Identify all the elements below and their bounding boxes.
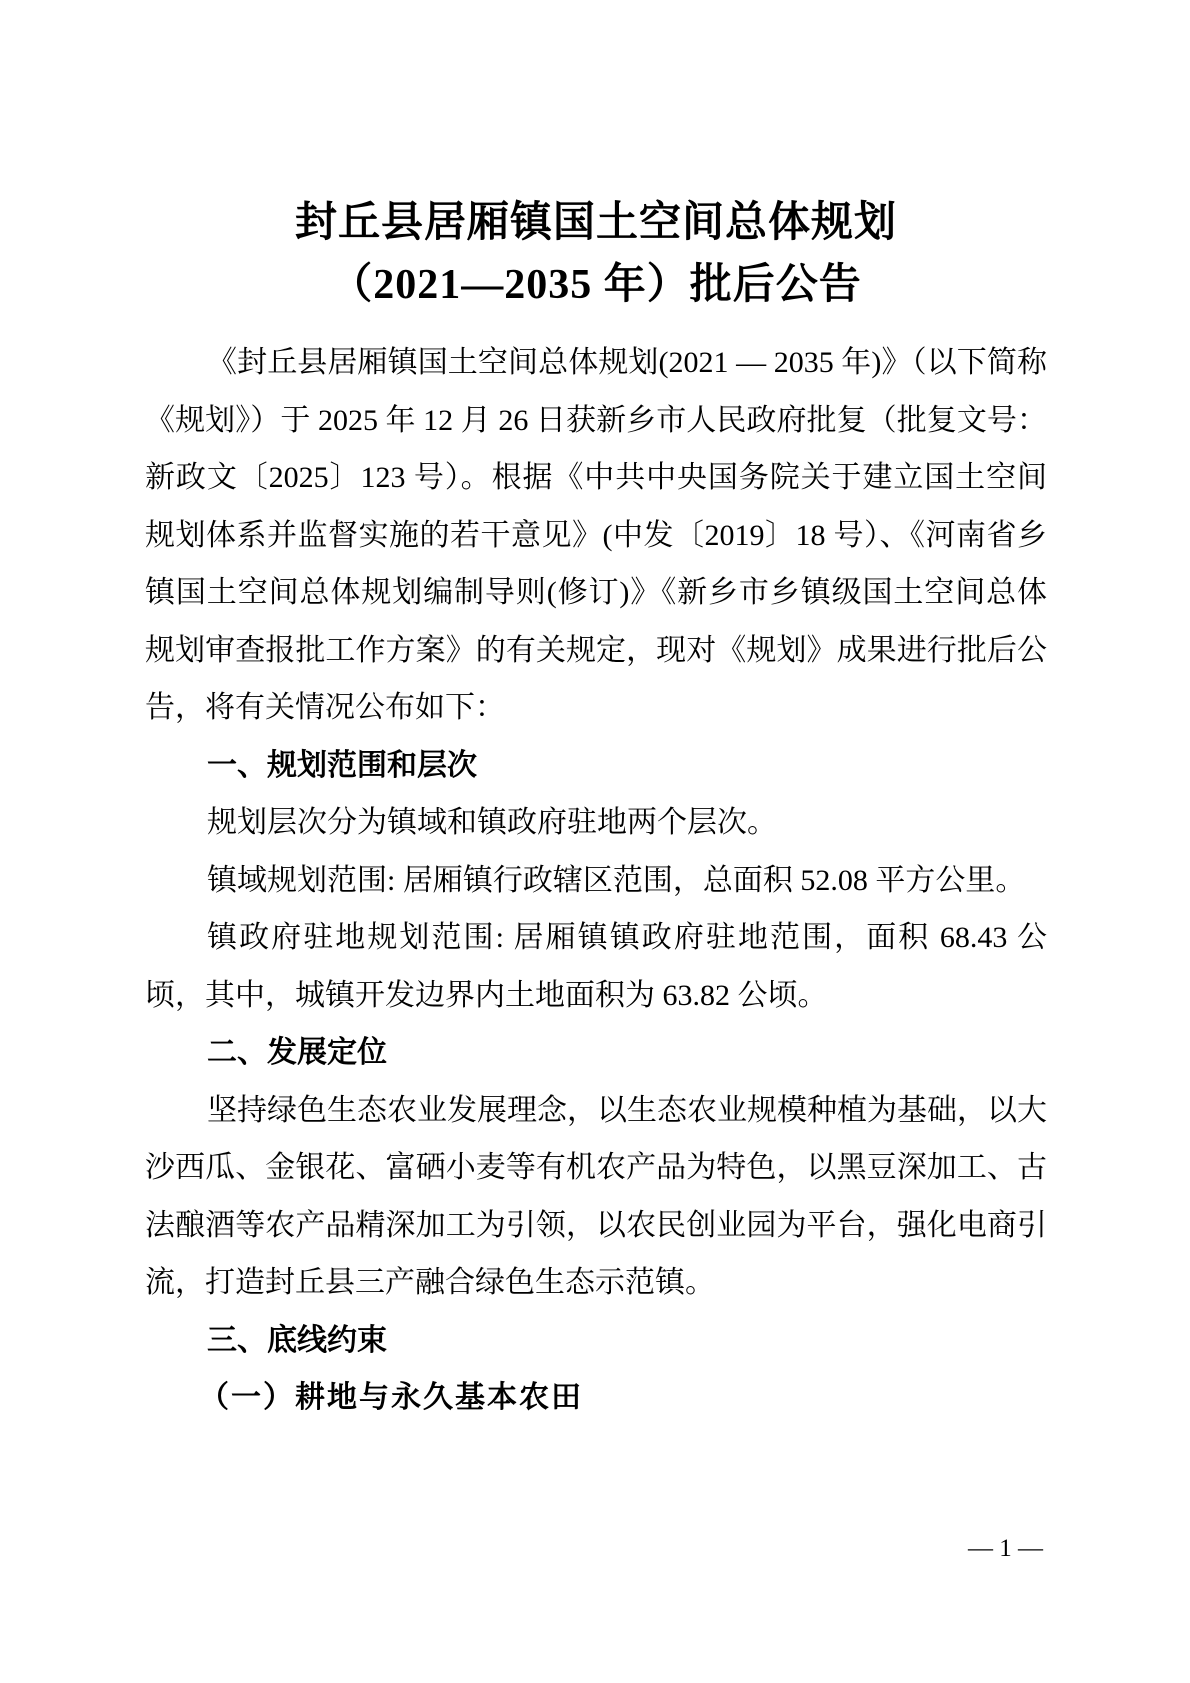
- section-2-paragraph-1: 坚持绿色生态农业发展理念，以生态农业规模种植为基础，以大沙西瓜、金银花、富硒小麦…: [145, 1082, 1047, 1312]
- section-1-paragraph-2: 镇域规划范围: 居厢镇行政辖区范围，总面积 52.08 平方公里。: [145, 852, 1047, 910]
- section-1-paragraph-3: 镇政府驻地规划范围: 居厢镇镇政府驻地范围，面积 68.43 公顷，其中，城镇开…: [145, 909, 1047, 1024]
- title-line-2: （2021—2035 年）批后公告: [145, 254, 1047, 316]
- title-line-1: 封丘县居厢镇国土空间总体规划: [145, 192, 1047, 254]
- page-number: — 1 —: [968, 1535, 1043, 1562]
- document-page: 封丘县居厢镇国土空间总体规划 （2021—2035 年）批后公告 《封丘县居厢镇…: [145, 192, 1047, 1427]
- document-title: 封丘县居厢镇国土空间总体规划 （2021—2035 年）批后公告: [145, 192, 1047, 316]
- section-1-paragraph-1: 规划层次分为镇域和镇政府驻地两个层次。: [145, 794, 1047, 852]
- intro-paragraph: 《封丘县居厢镇国土空间总体规划(2021 — 2035 年)》（以下简称《规划》…: [145, 334, 1047, 737]
- section-1-heading: 一、规划范围和层次: [145, 737, 1047, 795]
- section-3-subheading: （一）耕地与永久基本农田: [145, 1369, 1047, 1427]
- page-footer: — 1 —: [968, 1534, 1043, 1564]
- section-2-heading: 二、发展定位: [145, 1024, 1047, 1082]
- section-3-heading: 三、底线约束: [145, 1312, 1047, 1370]
